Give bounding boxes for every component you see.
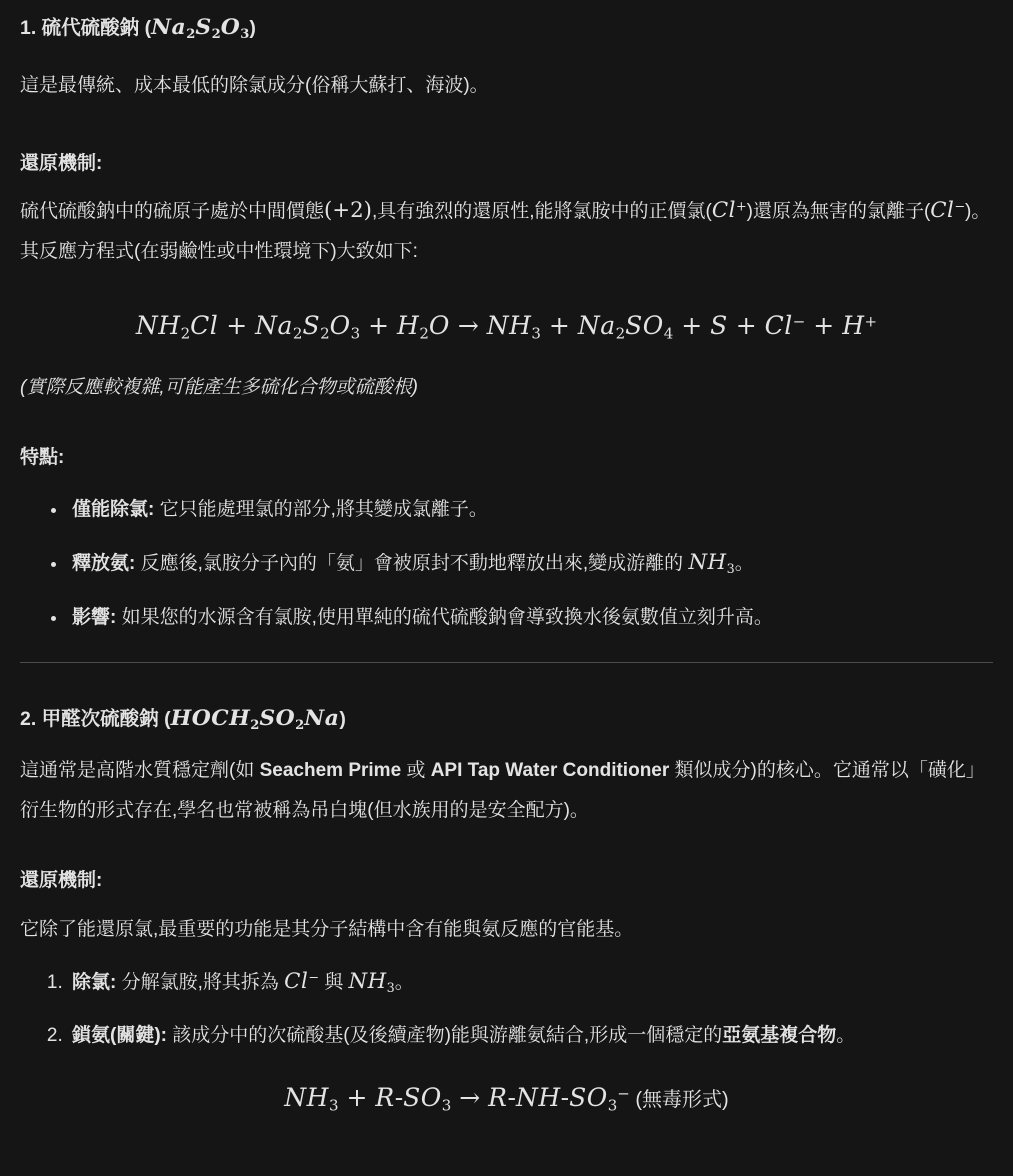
- inline-math-cl-minus: Cl−: [930, 198, 965, 223]
- section-2-heading: 2. 甲醛次硫酸鈉 (HOCH2SO2Na): [20, 705, 993, 733]
- formula-annotation: (無毒形式): [630, 1089, 729, 1111]
- heading-text: 1. 硫代硫酸鈉 (: [20, 17, 151, 39]
- document-content: 1. 硫代硫酸鈉 (Na2S2O3) 這是最傳統、成本最低的除氯成分(俗稱大蘇打…: [20, 14, 993, 1122]
- reaction-formula-2: NH3 + R-SO3 → R-NH-SO3− (無毒形式): [20, 1076, 993, 1122]
- product-name-api: API Tap Water Conditioner: [431, 760, 670, 781]
- heading-formula: HOCH2SO2Na: [171, 705, 340, 731]
- mechanism-numbered-list: 除氯: 分解氯胺,將其拆為 Cl− 與 NH3。 鎖氨(關鍵): 該成分中的次硫…: [20, 962, 993, 1056]
- heading-formula: Na2S2O3: [151, 14, 249, 40]
- inline-math-nh3: NH3: [688, 550, 734, 575]
- heading-text: 2. 甲醛次硫酸鈉 (: [20, 708, 171, 730]
- inline-math-nh3: NH3: [349, 969, 395, 994]
- list-item: 鎖氨(關鍵): 該成分中的次硫酸基(及後續產物)能與游離氨結合,形成一個穩定的亞…: [68, 1016, 993, 1056]
- heading-close: ): [339, 708, 346, 730]
- list-item: 釋放氨: 反應後,氯胺分子內的「氨」會被原封不動地釋放出來,變成游離的 NH3。: [68, 543, 993, 584]
- list-item: 影響: 如果您的水源含有氯胺,使用單純的硫代硫酸鈉會導致換水後氨數值立刻升高。: [68, 597, 993, 638]
- list-item: 僅能除氯: 它只能處理氯的部分,將其變成氯離子。: [68, 489, 993, 530]
- section-2-intro: 這通常是高階水質穩定劑(如 Seachem Prime 或 API Tap Wa…: [20, 751, 993, 831]
- inline-math-cl-minus: Cl−: [284, 969, 319, 994]
- section-2: 2. 甲醛次硫酸鈉 (HOCH2SO2Na) 這通常是高階水質穩定劑(如 Sea…: [20, 705, 993, 1122]
- section-1: 1. 硫代硫酸鈉 (Na2S2O3) 這是最傳統、成本最低的除氯成分(俗稱大蘇打…: [20, 14, 993, 638]
- mechanism-paragraph: 硫代硫酸鈉中的硫原子處於中間價態(+2),具有強烈的還原性,能將氯胺中的正價氯(…: [20, 191, 993, 272]
- mechanism-label: 還原機制:: [20, 867, 993, 894]
- section-divider: [20, 662, 993, 663]
- features-bullet-list: 僅能除氯: 它只能處理氯的部分,將其變成氯離子。 釋放氨: 反應後,氯胺分子內的…: [20, 489, 993, 638]
- product-name-seachem: Seachem Prime: [260, 760, 402, 781]
- emphasized-term: 亞氨基複合物: [722, 1025, 836, 1046]
- inline-math-plus2: (+2): [324, 198, 372, 223]
- reaction-formula-1: NH2Cl + Na2S2O3 + H2O → NH3 + Na2SO4 + S…: [20, 304, 993, 348]
- mechanism-label: 還原機制:: [20, 150, 993, 177]
- list-item: 除氯: 分解氯胺,將其拆為 Cl− 與 NH3。: [68, 962, 993, 1003]
- section-1-heading: 1. 硫代硫酸鈉 (Na2S2O3): [20, 14, 993, 42]
- heading-close: ): [249, 17, 256, 39]
- inline-math-cl-plus: Cl+: [712, 198, 747, 223]
- section-1-intro: 這是最傳統、成本最低的除氯成分(俗稱大蘇打、海波)。: [20, 66, 993, 106]
- mechanism-intro: 它除了能還原氯,最重要的功能是其分子結構中含有能與氨反應的官能基。: [20, 910, 993, 950]
- formula-note: (實際反應較複雜,可能產生多硫化合物或硫酸根): [20, 368, 993, 408]
- features-label: 特點:: [20, 444, 993, 471]
